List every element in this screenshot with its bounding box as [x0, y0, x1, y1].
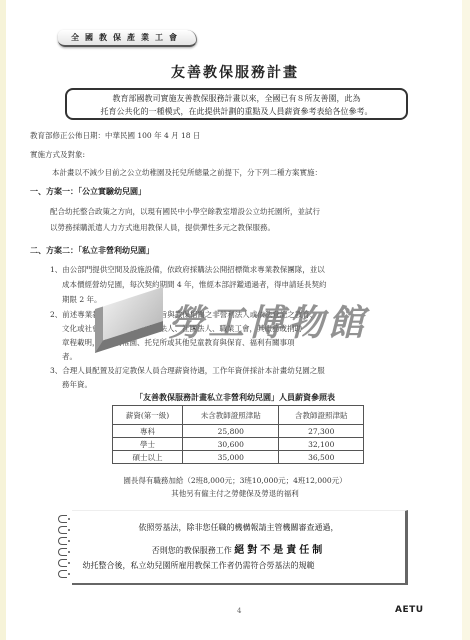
notebook-ring-icon [58, 570, 67, 578]
notebook-ring-icon [58, 515, 67, 523]
announce-date: 教育部修正公佈日期：中華民國 100 年 4 月 18 日 [30, 131, 200, 141]
cell-level: 碩士以上 [113, 451, 183, 464]
table-row: 碩士以上 35,000 36,500 [113, 451, 364, 464]
plan2-item3-2: 務年資。 [62, 380, 92, 390]
notebook-ring-icon [58, 526, 67, 534]
plan2-item1-1: 1、由公部門提供空間及設施設備，依政府採購法公開招標徵求專業教保團隊，並以 [50, 265, 325, 275]
cell-without-license: 30,600 [183, 438, 279, 451]
principal-allowance-note: 園長得有職務加給（2班8,000元；3班10,000元；4班12,000元） [0, 475, 470, 486]
notebook-ring-icon [58, 548, 67, 556]
impl-intro: 本計畫以不減少目前之公立幼稚園及托兒所總量之前提下，分下列二種方案實施： [52, 168, 322, 178]
plan1-text-1: 配合幼托整合政策之方向，以現有國民中小學空餘教室增設公立幼托園所，並試行 [50, 207, 320, 217]
salary-table-title: 「友善教保服務計畫私立非營利幼兒園」人員薪資參照表 [0, 392, 470, 403]
notebook-line-2-prefix: 否則您的教保服務工作 [152, 546, 232, 555]
brand-logo: AETU [395, 605, 424, 615]
intro-box: 教育部國教司實施友善教保服務計畫以來，全國已有８所友善園，此為 托育公共化的一種… [65, 88, 408, 120]
salary-table: 薪資(第一級) 未含教師證照津貼 含教師證照津貼 專科 25,800 27,30… [112, 405, 364, 464]
cell-with-license: 27,300 [279, 425, 364, 438]
impl-heading: 實施方式及對象: [30, 150, 85, 160]
plan2-item1-3: 期限 2 年。 [62, 295, 102, 305]
benefits-note: 其他另有僱主付之勞健保及勞退的福利 [0, 488, 470, 499]
page-edge-left [0, 0, 6, 640]
table-row: 專科 25,800 27,300 [113, 425, 364, 438]
notebook-ring-icon [58, 537, 67, 545]
org-name-tab: 全國教保產業工會 [58, 30, 197, 47]
cell-with-license: 36,500 [279, 451, 364, 464]
intro-line-1: 教育部國教司實施友善教保服務計畫以來，全國已有８所友善園，此為 [67, 92, 406, 105]
notebook-line-1: 依照勞基法，除非您任職的機構報請主管機關審查通過， [72, 522, 405, 533]
plan1-text-2: 以勞務採購派遣人力方式進用教保人員，提供彈性多元之教保服務。 [50, 223, 275, 233]
plan2-item2-4: 者。 [62, 352, 77, 362]
notebook-callout: 依照勞基法，除非您任職的機構報請主管機關審查通過， 否則您的教保服務工作 絕對不… [72, 510, 408, 585]
intro-line-2: 托育公共化的一種模式，在此提供計劃的重點及人員薪資參考表給各位參考。 [67, 105, 406, 118]
notebook-line-3: 幼托整合後，私立幼兒園所雇用教保工作者仍需符合勞基法的規範 [32, 560, 365, 571]
page-title: 友善教保服務計畫 [0, 62, 470, 82]
plan2-item3-1: 3、合理人員配置及訂定教保人員合理薪資待遇，工作年資併採計本計畫幼兒園之服 [50, 366, 325, 376]
notebook-line-2: 否則您的教保服務工作 絕對不是責任制 [72, 541, 405, 556]
cell-with-license: 32,100 [279, 438, 364, 451]
column-header: 未含教師證照津貼 [183, 406, 279, 425]
page-edge-right [462, 0, 470, 640]
watermark-text: 勞工博物館 [168, 295, 368, 346]
page-number: 4 [237, 607, 241, 615]
plan2-heading: 二、方案二：「私立非營利幼兒園」 [30, 245, 154, 255]
notebook-emphasis: 絕對不是責任制 [234, 545, 325, 556]
cell-level: 專科 [113, 425, 183, 438]
cell-without-license: 35,000 [183, 451, 279, 464]
cell-without-license: 25,800 [183, 425, 279, 438]
table-header-row: 薪資(第一級) 未含教師證照津貼 含教師證照津貼 [113, 406, 364, 425]
plan2-item1-2: 成本價經營幼兒園，每次契約期間 4 年，惟經本部評鑑通過者，得申請延長契約 [62, 280, 327, 290]
cell-level: 學士 [113, 438, 183, 451]
table-row: 學士 30,600 32,100 [113, 438, 364, 451]
column-header: 薪資(第一級) [113, 406, 183, 425]
column-header: 含教師證照津貼 [279, 406, 364, 425]
plan1-heading: 一、方案一：「公立實驗幼兒園」 [30, 186, 146, 196]
